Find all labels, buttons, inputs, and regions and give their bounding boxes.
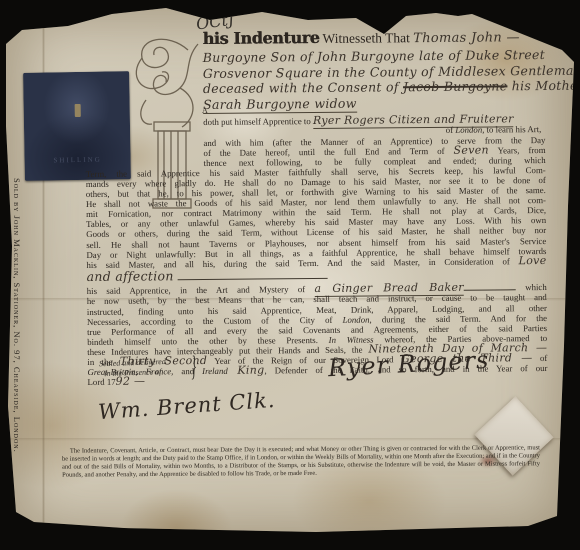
handwritten-text: King — [228, 364, 265, 377]
brace-glyph: } — [191, 354, 197, 378]
printed-text: of — [533, 353, 548, 363]
handwritten-text: and affection — [87, 268, 178, 284]
stationer-imprint: Sold by John Macklin, Stationer, No. 97,… — [12, 178, 22, 528]
printed-text: doth put himself Apprentice to — [203, 116, 313, 127]
printed-text: London — [343, 314, 370, 324]
parchment-document: Sold by John Macklin, Stationer, No. 97,… — [6, 6, 574, 544]
ruled-blank — [178, 270, 328, 280]
stamp-duty-notice: The Indenture, Covenant, Article, or Con… — [62, 444, 540, 479]
printed-text: which — [516, 282, 547, 292]
printed-text: In Witness — [329, 334, 374, 344]
document-line: Sarah Burgoyne widow — [203, 95, 545, 114]
ruled-blank — [464, 282, 516, 291]
printed-text: London — [455, 125, 482, 135]
photo-background: Sold by John Macklin, Stationer, No. 97,… — [0, 0, 580, 550]
handwritten-text: Sarah Burgoyne widow — [203, 95, 357, 113]
stamp-tear-mark — [74, 104, 80, 117]
handwritten-text: Love — [519, 254, 547, 267]
printed-text: his Indenture — [202, 28, 319, 48]
document-line: his Indenture Witnesseth That Thomas Joh… — [202, 26, 544, 50]
handwritten-text: his Mother — [507, 78, 580, 94]
printed-text: Years, from — [489, 145, 546, 155]
printed-text: Ireland — [202, 366, 228, 376]
handwritten-text: deceased with the Consent of — [203, 79, 403, 96]
printed-text: Witnesseth That — [319, 30, 413, 46]
signature-witness: Wm. Brent Clk. — [97, 388, 276, 424]
handwritten-text: Jacob Burgoyne — [403, 79, 508, 95]
printed-text: , to learn his Art, — [482, 124, 541, 135]
printed-text: of — [446, 125, 456, 135]
document-lines: his Indenture Witnesseth That Thomas Joh… — [84, 26, 547, 387]
witness-attestation-note: Sealed and delivered in the Presence of … — [76, 356, 197, 380]
handwritten-text: Thomas John — — [413, 30, 520, 46]
document-line: deceased with the Consent of Jacob Burgo… — [203, 79, 545, 98]
